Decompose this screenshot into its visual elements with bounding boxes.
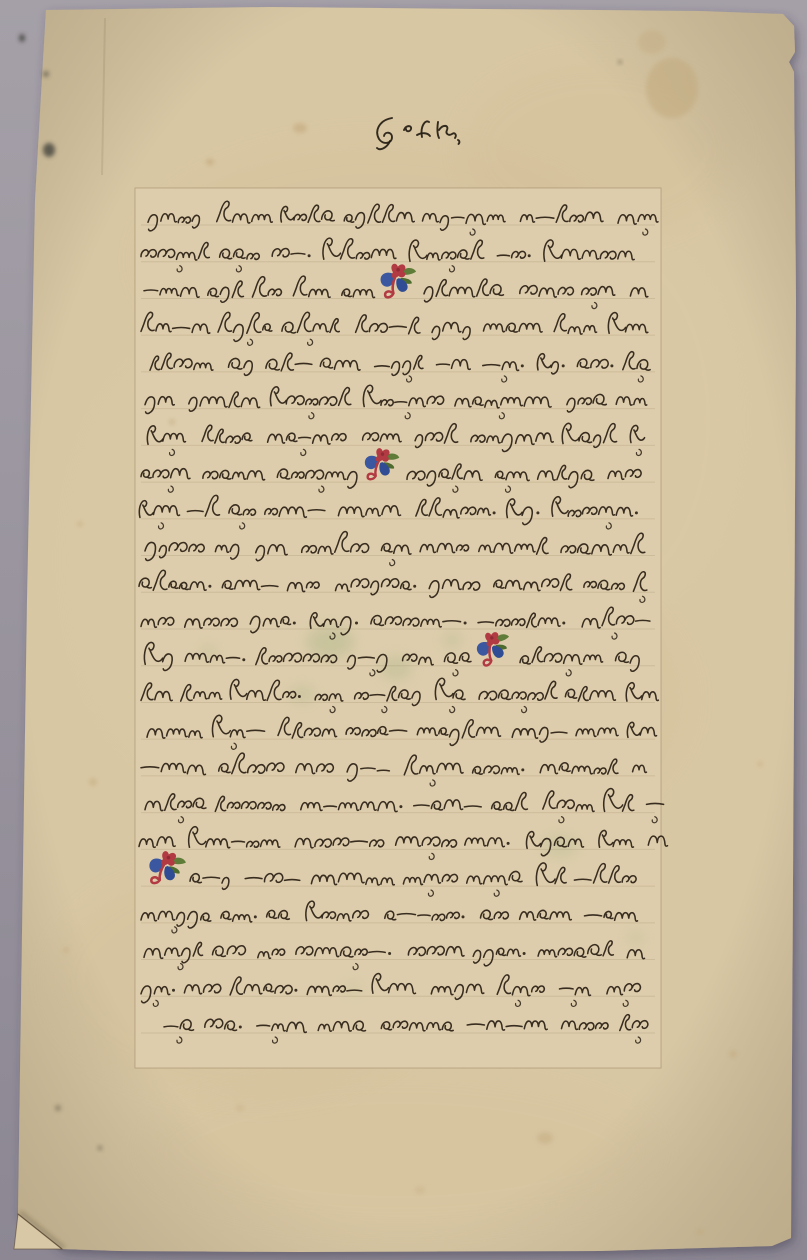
punctuation-dot xyxy=(355,622,358,625)
punctuation-dot xyxy=(239,1026,242,1029)
punctuation-dot xyxy=(308,254,311,257)
punctuation-dot xyxy=(507,842,510,845)
punctuation-dot xyxy=(413,585,416,588)
punctuation-dot xyxy=(462,915,465,918)
text-panel xyxy=(135,188,661,1068)
stain-foxing xyxy=(236,1105,244,1111)
stain-dark-speck xyxy=(98,1146,103,1151)
punctuation-dot xyxy=(521,364,524,367)
stain-foxing xyxy=(757,761,763,767)
punctuation-dot xyxy=(562,622,565,625)
punctuation-dot xyxy=(493,511,496,514)
stain-foxing xyxy=(696,1229,704,1235)
manuscript-photo xyxy=(0,0,807,1260)
stain-foxing xyxy=(63,947,69,953)
punctuation-dot xyxy=(528,254,531,257)
punctuation-dot xyxy=(172,989,175,992)
stain-green xyxy=(344,982,360,994)
punctuation-dot xyxy=(388,952,391,955)
punctuation-dot xyxy=(464,622,467,625)
stain-foxing xyxy=(89,778,97,786)
stain-foxing xyxy=(206,159,214,165)
stain-foxing xyxy=(415,1186,425,1194)
punctuation-dot xyxy=(610,364,613,367)
punctuation-dot xyxy=(294,989,297,992)
stain-foxing xyxy=(293,123,307,133)
stain-foxing xyxy=(169,419,175,425)
stain-green xyxy=(627,931,645,945)
stain-foxing xyxy=(729,1050,737,1058)
stain-dark-speck xyxy=(43,143,55,157)
punctuation-dot xyxy=(293,622,296,625)
punctuation-dot xyxy=(254,915,257,918)
stain-green xyxy=(199,645,217,659)
stain-dark-speck xyxy=(55,1105,61,1111)
punctuation-dot xyxy=(521,768,524,771)
stain-foxing xyxy=(77,521,83,527)
punctuation-dot xyxy=(208,585,211,588)
punctuation-dot xyxy=(562,364,565,367)
stain-green xyxy=(442,632,462,648)
manuscript-figure xyxy=(0,0,807,1260)
punctuation-dot xyxy=(399,805,402,808)
stain-green xyxy=(306,626,354,658)
stain-foxing xyxy=(646,58,698,118)
punctuation-dot xyxy=(635,511,638,514)
stain-foxing xyxy=(638,30,666,54)
punctuation-dot xyxy=(242,658,245,661)
punctuation-dot xyxy=(298,695,301,698)
stain-foxing xyxy=(537,1132,553,1144)
punctuation-dot xyxy=(536,511,539,514)
punctuation-dot xyxy=(523,952,526,955)
stain-dark-speck xyxy=(19,34,25,42)
paper-sheet xyxy=(18,7,796,1252)
manuscript-scan xyxy=(0,0,807,1260)
stain-green xyxy=(289,685,315,703)
stain-dark-speck xyxy=(618,60,622,64)
stain-dark-speck xyxy=(43,71,49,77)
